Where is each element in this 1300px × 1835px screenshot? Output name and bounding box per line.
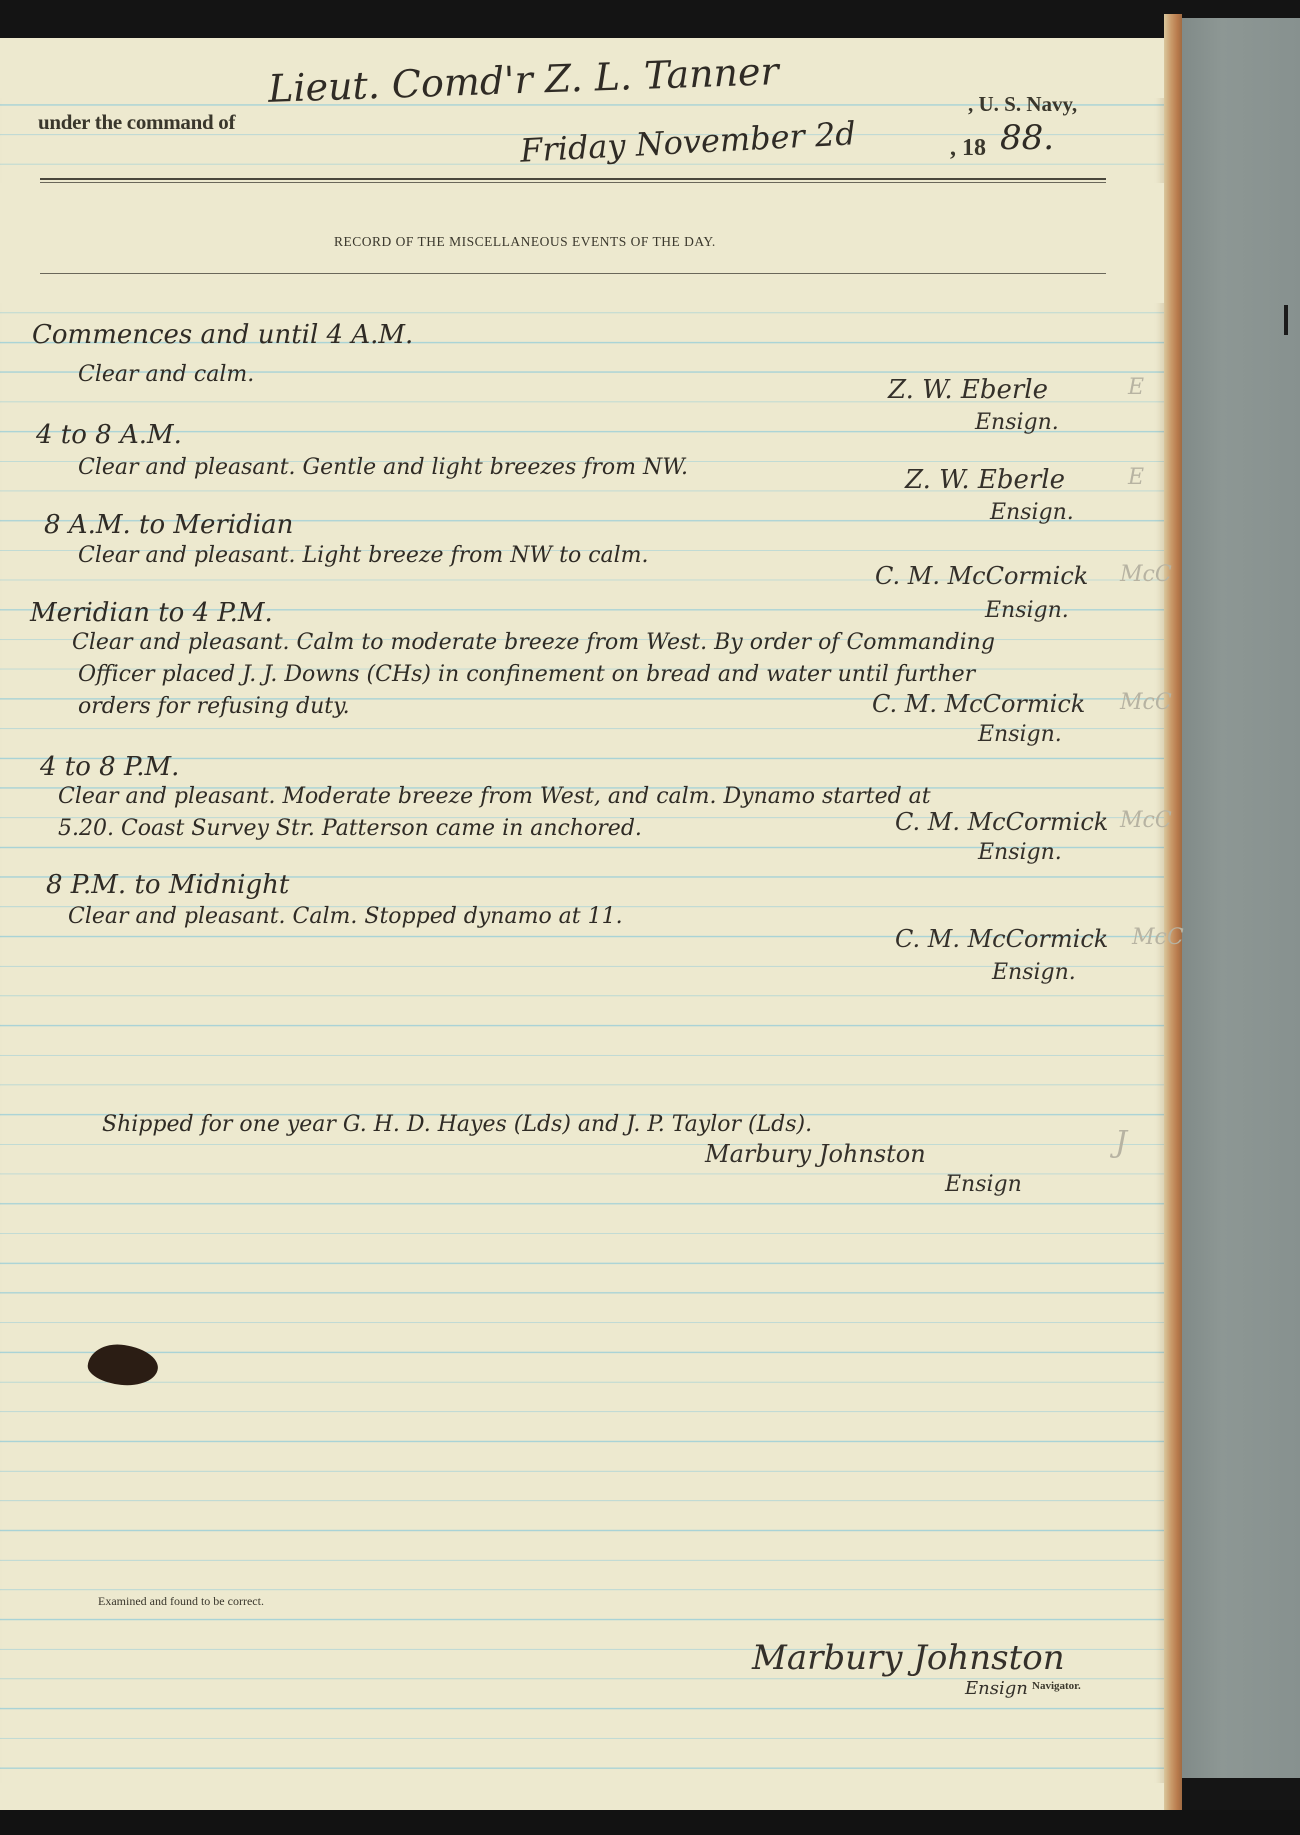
watch-signature: C. M. McCormick xyxy=(895,925,1108,953)
watch-entry-line: Officer placed J. J. Downs (CHs) in conf… xyxy=(78,662,975,687)
watch-rank: Ensign. xyxy=(990,500,1074,525)
watch-rank: Ensign. xyxy=(978,840,1062,865)
watch-period: 8 P.M. to Midnight xyxy=(46,870,289,900)
watch-entry-line: 5.20. Coast Survey Str. Patterson came i… xyxy=(58,816,642,841)
year-handwritten: 88. xyxy=(1000,118,1054,158)
watch-period: Commences and until 4 A.M. xyxy=(32,320,413,350)
watch-entry-line: Clear and pleasant. Moderate breeze from… xyxy=(58,784,931,809)
watch-period: 4 to 8 A.M. xyxy=(36,420,182,450)
book-cover-board xyxy=(1170,18,1300,1778)
watch-signature: Z. W. Eberle xyxy=(888,375,1048,405)
margin-note: E xyxy=(1128,375,1144,400)
watch-entry-line: Clear and pleasant. Light breeze from NW… xyxy=(78,543,649,568)
margin-note: McC xyxy=(1132,925,1184,950)
service-label: , U. S. Navy, xyxy=(968,92,1077,117)
watch-period: 8 A.M. to Meridian xyxy=(44,510,293,540)
header-rule-thin xyxy=(40,182,1106,183)
navigator-signature: Marbury Johnston xyxy=(752,1638,1065,1678)
watch-rank: Ensign. xyxy=(992,960,1076,985)
margin-note: E xyxy=(1128,465,1144,490)
watch-period: 4 to 8 P.M. xyxy=(40,752,179,782)
watch-entry-line: Clear and pleasant. Gentle and light bre… xyxy=(78,455,688,480)
scan-background-bottom xyxy=(0,1810,1300,1835)
shipping-rank: Ensign xyxy=(945,1172,1022,1197)
watch-entry-line: Clear and calm. xyxy=(78,362,254,387)
examined-label: Examined and found to be correct. xyxy=(98,1594,264,1609)
watch-signature: C. M. McCormick xyxy=(872,690,1085,718)
watch-entry-line: Clear and pleasant. Calm to moderate bre… xyxy=(72,630,995,655)
bottom-margin xyxy=(0,1783,1164,1810)
watch-signature: C. M. McCormick xyxy=(895,808,1108,836)
margin-note: McC xyxy=(1120,562,1172,587)
page-stack-edge xyxy=(1164,14,1182,1814)
watch-rank: Ensign. xyxy=(985,598,1069,623)
title-rule xyxy=(40,273,1106,274)
shipping-note: Shipped for one year G. H. D. Hayes (Lds… xyxy=(102,1112,812,1137)
margin-note: McC xyxy=(1120,690,1172,715)
margin-note: J xyxy=(1115,1125,1127,1160)
navigator-signature-rank: Ensign xyxy=(965,1678,1028,1699)
watch-period: Meridian to 4 P.M. xyxy=(30,598,273,628)
cover-mark xyxy=(1284,305,1288,335)
section-title: RECORD OF THE MISCELLANEOUS EVENTS OF TH… xyxy=(334,234,716,250)
watch-entry-line: orders for refusing duty. xyxy=(78,694,350,719)
watch-signature: Z. W. Eberle xyxy=(905,465,1065,495)
scan-background-top xyxy=(0,0,1300,38)
year-printed: , 18 xyxy=(950,135,986,162)
watch-rank: Ensign. xyxy=(975,410,1059,435)
command-label: under the command of xyxy=(38,110,235,135)
shipping-signature: Marbury Johnston xyxy=(705,1140,926,1168)
navigator-label: Navigator. xyxy=(1032,1680,1081,1692)
watch-entry-line: Clear and pleasant. Calm. Stopped dynamo… xyxy=(68,904,623,929)
margin-note: McC xyxy=(1120,808,1172,833)
watch-rank: Ensign. xyxy=(978,722,1062,747)
header-rule-thick xyxy=(40,178,1106,180)
watch-signature: C. M. McCormick xyxy=(875,562,1088,590)
